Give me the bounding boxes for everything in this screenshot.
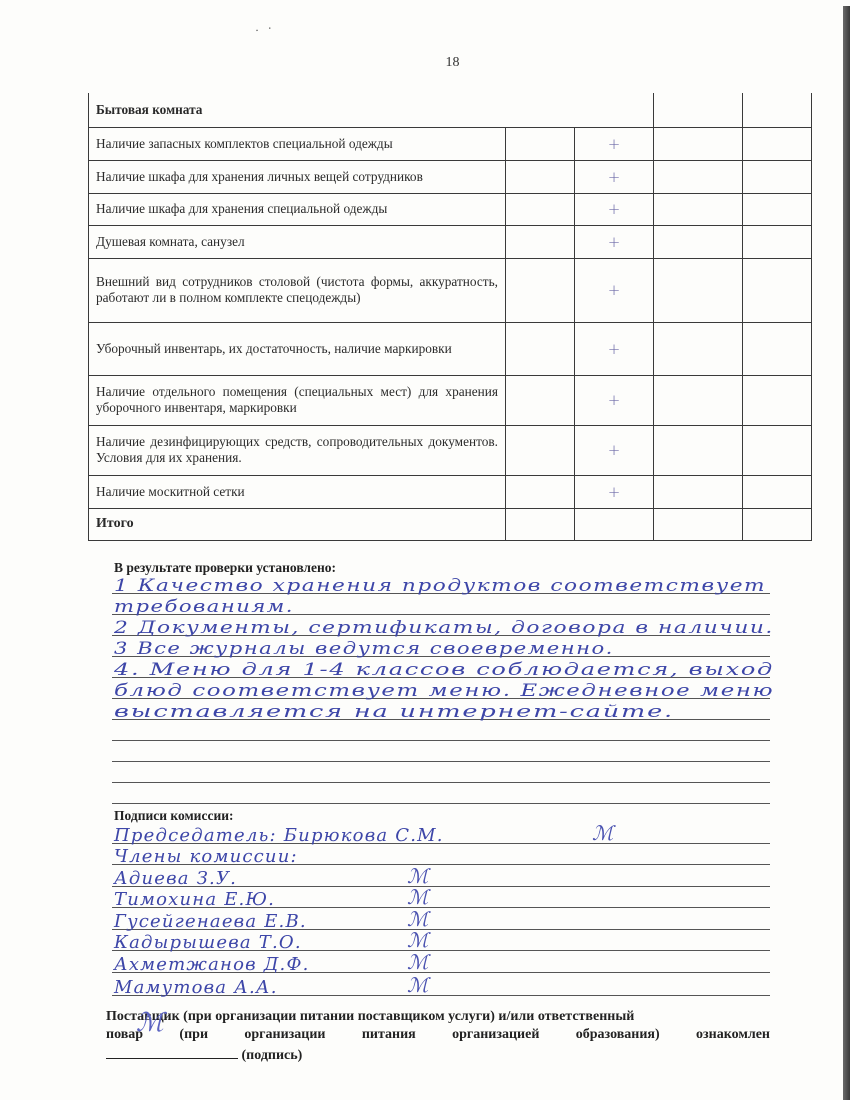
empty-cell [654, 375, 743, 425]
section-title: Бытовая комната [89, 93, 654, 127]
commission-member-name: Председатель: Бирюкова С.М. [114, 825, 444, 846]
checklist-row: Наличие шкафа для хранения специальной о… [89, 193, 812, 225]
empty-cell [654, 425, 743, 475]
commission-member-name: Кадырышева Т.О. [114, 932, 302, 953]
check-mark-cell: + [575, 193, 654, 225]
checklist-row: Наличие запасных комплектов специальной … [89, 127, 812, 160]
ruled-line: 2 Документы, сертификаты, договора в нал… [112, 615, 770, 636]
signature-line: Ахметжанов Д.Ф.ℳ [112, 951, 770, 973]
handwritten-signature: ℳ [136, 1014, 164, 1032]
empty-cell [506, 322, 575, 375]
empty-cell [654, 475, 743, 508]
signature-line: Мамутова А.А.ℳ [112, 973, 770, 996]
empty-cell [743, 322, 812, 375]
ruled-line [112, 783, 770, 804]
empty-cell [654, 193, 743, 225]
empty-cell [654, 160, 743, 193]
empty-cell [506, 127, 575, 160]
handwritten-signature: ℳ [407, 928, 428, 952]
checklist-row: Наличие дезинфицирующих средств, сопрово… [89, 425, 812, 475]
ruled-line: требованиям. [112, 594, 770, 615]
footer-signature-row: ℳ (подпись) [106, 1044, 770, 1065]
check-mark-cell: + [575, 375, 654, 425]
commission-member-name: Адиева З.У. [114, 868, 237, 889]
empty-cell [506, 258, 575, 322]
handwritten-note: блюд соответствует меню. Ежедневное меню [114, 681, 774, 701]
ruled-line: выставляется на интернет-сайте. [112, 699, 770, 720]
handwritten-note: 1 Качество хранения продуктов соответств… [114, 576, 766, 596]
handwritten-signature: ℳ [407, 950, 428, 974]
commission-member-name: Тимохина Е.Ю. [114, 889, 275, 910]
page-number: 18 [0, 55, 850, 71]
checklist-row: Наличие отдельного помещения (специальны… [89, 375, 812, 425]
criterion-cell: Душевая комната, санузел [89, 225, 506, 258]
empty-cell [743, 127, 812, 160]
check-mark-cell: + [575, 160, 654, 193]
section-header-row: Бытовая комната [89, 93, 812, 127]
empty-cell [506, 508, 575, 540]
empty-cell [654, 127, 743, 160]
empty-cell [654, 93, 743, 127]
check-mark-cell: + [575, 425, 654, 475]
signature-line: Тимохина Е.Ю.ℳ [112, 887, 770, 909]
ruled-line [112, 762, 770, 783]
empty-cell [506, 193, 575, 225]
ruled-line: 3 Все журналы ведутся своевременно. [112, 636, 770, 657]
handwritten-signature: ℳ [407, 885, 428, 909]
check-mark-cell: + [575, 322, 654, 375]
empty-cell [743, 475, 812, 508]
empty-cell [743, 425, 812, 475]
supplier-acknowledgement: Поставщик (при организации питании поста… [106, 1008, 770, 1065]
empty-cell [506, 160, 575, 193]
footer-line-1: Поставщик (при организации питании поста… [106, 1009, 634, 1024]
commission-member-name: Гусейгенаева Е.В. [114, 911, 307, 932]
criterion-cell: Наличие отдельного помещения (специальны… [89, 375, 506, 425]
empty-cell [743, 93, 812, 127]
criterion-cell: Внешний вид сотрудников столовой (чистот… [89, 258, 506, 322]
handwritten-signature: ℳ [407, 864, 428, 888]
check-mark-cell: + [575, 225, 654, 258]
empty-cell [743, 225, 812, 258]
signature-line: Председатель: Бирюкова С.М.ℳ [112, 822, 770, 844]
check-mark-cell: + [575, 258, 654, 322]
ruled-line [112, 741, 770, 762]
empty-cell [506, 425, 575, 475]
signature-line: Кадырышева Т.О.ℳ [112, 930, 770, 952]
handwritten-note: выставляется на интернет-сайте. [114, 702, 674, 722]
signature-field[interactable]: ℳ [106, 1044, 238, 1059]
checklist-row: Наличие шкафа для хранения личных вещей … [89, 160, 812, 193]
empty-cell [654, 322, 743, 375]
total-row: Итого [89, 508, 812, 540]
scan-specks: · · [254, 20, 276, 38]
footer-line-2: повар (при организации питания организац… [106, 1026, 770, 1044]
criterion-cell: Наличие москитной сетки [89, 475, 506, 508]
empty-cell [506, 225, 575, 258]
criterion-cell: Наличие запасных комплектов специальной … [89, 127, 506, 160]
empty-cell [575, 508, 654, 540]
ruled-line [112, 720, 770, 741]
empty-cell [654, 225, 743, 258]
results-handwritten-notes: 1 Качество хранения продуктов соответств… [112, 573, 770, 804]
checklist-row: Уборочный инвентарь, их достаточность, н… [89, 322, 812, 375]
criterion-cell: Наличие дезинфицирующих средств, сопрово… [89, 425, 506, 475]
commission-member-name: Члены комиссии: [114, 846, 298, 867]
checklist-row: Внешний вид сотрудников столовой (чистот… [89, 258, 812, 322]
checklist-row: Душевая комната, санузел+ [89, 225, 812, 258]
handwritten-note: требованиям. [114, 597, 294, 617]
handwritten-note: 3 Все журналы ведутся своевременно. [114, 639, 614, 659]
signature-line: Гусейгенаева Е.В.ℳ [112, 908, 770, 930]
checklist-row: Наличие москитной сетки+ [89, 475, 812, 508]
empty-cell [743, 160, 812, 193]
ruled-line: блюд соответствует меню. Ежедневное меню [112, 678, 770, 699]
empty-cell [743, 375, 812, 425]
check-mark-cell: + [575, 475, 654, 508]
criterion-cell: Наличие шкафа для хранения личных вещей … [89, 160, 506, 193]
scan-border [843, 6, 850, 1100]
total-label: Итого [89, 508, 506, 540]
empty-cell [506, 475, 575, 508]
commission-signatures: Председатель: Бирюкова С.М.ℳЧлены комисс… [112, 822, 770, 996]
signature-caption: (подпись) [242, 1048, 303, 1063]
ruled-line: 4. Меню для 1-4 классов соблюдается, вых… [112, 657, 770, 678]
handwritten-note: 2 Документы, сертификаты, договора в нал… [114, 618, 774, 638]
empty-cell [506, 375, 575, 425]
signature-line: Члены комиссии: [112, 844, 770, 866]
signature-line: Адиева З.У.ℳ [112, 865, 770, 887]
empty-cell [654, 508, 743, 540]
empty-cell [743, 193, 812, 225]
handwritten-signature: ℳ [592, 821, 613, 845]
handwritten-signature: ℳ [407, 907, 428, 931]
empty-cell [743, 508, 812, 540]
ruled-line: 1 Качество хранения продуктов соответств… [112, 573, 770, 594]
commission-member-name: Ахметжанов Д.Ф. [114, 954, 310, 975]
check-mark-cell: + [575, 127, 654, 160]
empty-cell [654, 258, 743, 322]
criterion-cell: Наличие шкафа для хранения специальной о… [89, 193, 506, 225]
handwritten-note: 4. Меню для 1-4 классов соблюдается, вых… [114, 660, 774, 680]
handwritten-signature: ℳ [407, 973, 428, 997]
criterion-cell: Уборочный инвентарь, их достаточность, н… [89, 322, 506, 375]
commission-member-name: Мамутова А.А. [114, 977, 278, 998]
empty-cell [743, 258, 812, 322]
inspection-checklist-table: Бытовая комната Наличие запасных комплек… [88, 93, 812, 541]
